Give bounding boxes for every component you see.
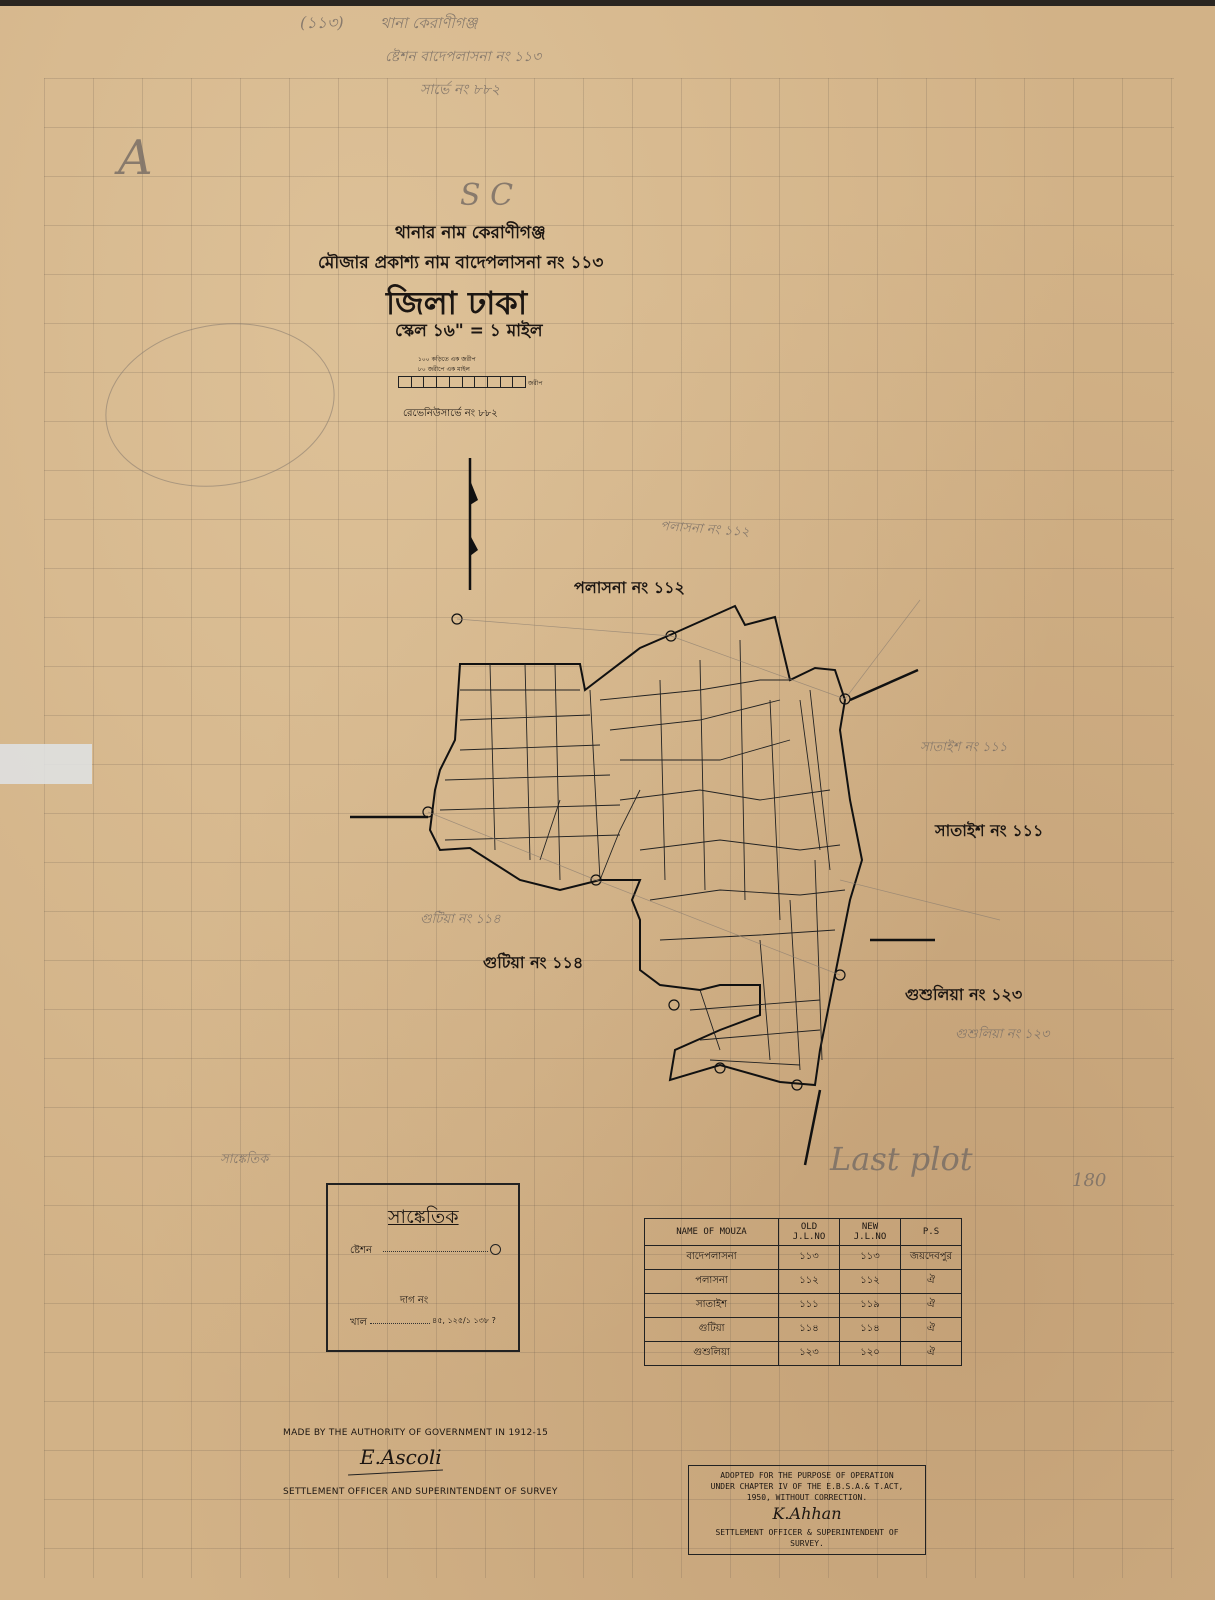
- cell-ps: ঐ: [901, 1342, 962, 1366]
- signature-1: E.Ascoli: [360, 1445, 442, 1469]
- table-header-row: NAME OF MOUZA OLD J.L.NO NEW J.L.NO P.S: [645, 1219, 962, 1246]
- legend-box: সাঙ্কেতিক ষ্টেশন দাগ নং খাল ৪৫, ১২৫/১ ১৩…: [326, 1183, 520, 1352]
- made-by-authority: MADE BY THE AUTHORITY OF GOVERNMENT IN 1…: [283, 1428, 548, 1438]
- settlement-officer-1: SETTLEMENT OFFICER AND SUPERINTENDENT OF…: [283, 1487, 558, 1497]
- cell-name: পলাসনা: [645, 1270, 779, 1294]
- table-row: বাদেপলাসনা ১১৩ ১১৩ জয়দেবপুর: [645, 1246, 962, 1270]
- legend-station-label: ষ্টেশন: [350, 1243, 372, 1260]
- mouza-map-drawing: [0, 0, 1215, 1600]
- table-row: গুশুলিয়া ১২৩ ১২০ ঐ: [645, 1342, 962, 1366]
- adopted-line-2: UNDER CHAPTER IV OF THE E.B.S.A.& T.ACT,: [689, 1482, 925, 1491]
- legend-plot-label: দাগ নং: [400, 1293, 428, 1310]
- signature-2: K.Ahhan: [689, 1504, 925, 1523]
- label-southeast-mouza: গুশুলিয়া নং ১২৩: [905, 982, 1022, 1009]
- north-arrow-icon: [470, 458, 478, 590]
- cell-name: গুটিয়া: [645, 1318, 779, 1342]
- label-north-mouza: পলাসনা নং ১১২: [574, 575, 685, 602]
- cell-old-jl: ১১৩: [779, 1246, 840, 1270]
- header-new-jl: NEW J.L.NO: [840, 1219, 901, 1246]
- cell-name: গুশুলিয়া: [645, 1342, 779, 1366]
- header-old-jl: OLD J.L.NO: [779, 1219, 840, 1246]
- cell-name: সাতাইশ: [645, 1294, 779, 1318]
- legend-khal-label: খাল: [350, 1315, 367, 1332]
- cell-old-jl: ১১২: [779, 1270, 840, 1294]
- cell-new-jl: ১১৩: [840, 1246, 901, 1270]
- table-row: গুটিয়া ১১৪ ১১৪ ঐ: [645, 1318, 962, 1342]
- cell-ps: ঐ: [901, 1318, 962, 1342]
- station-symbol-icon: [490, 1244, 501, 1255]
- label-west-mouza: গুটিয়া নং ১১৪: [483, 950, 583, 977]
- plot-lines: [440, 640, 845, 1070]
- cell-new-jl: ১১৯: [840, 1294, 901, 1318]
- cell-old-jl: ১২৩: [779, 1342, 840, 1366]
- cell-ps: ঐ: [901, 1294, 962, 1318]
- adopted-line-1: ADOPTED FOR THE PURPOSE OF OPERATION: [689, 1471, 925, 1480]
- cell-new-jl: ১২০: [840, 1342, 901, 1366]
- traverse-lines: [428, 600, 1000, 975]
- cell-name: বাদেপলাসনা: [645, 1246, 779, 1270]
- header-ps: P.S: [901, 1219, 962, 1246]
- station-markers: [423, 614, 850, 1090]
- legend-title: সাঙ্কেতিক: [388, 1203, 459, 1235]
- cell-ps: জয়দেবপুর: [901, 1246, 962, 1270]
- table-row: সাতাইশ ১১১ ১১৯ ঐ: [645, 1294, 962, 1318]
- table-row: পলাসনা ১১২ ১১২ ঐ: [645, 1270, 962, 1294]
- cell-ps: ঐ: [901, 1270, 962, 1294]
- cell-old-jl: ১১৪: [779, 1318, 840, 1342]
- settlement-officer-2a: SETTLEMENT OFFICER & SUPERINTENDENT OF: [689, 1528, 925, 1537]
- cell-old-jl: ১১১: [779, 1294, 840, 1318]
- legend-khal-value: ৪৫, ১২৫/১ ১৩৮ ?: [432, 1315, 496, 1328]
- cell-new-jl: ১১২: [840, 1270, 901, 1294]
- mouza-table: NAME OF MOUZA OLD J.L.NO NEW J.L.NO P.S …: [644, 1218, 962, 1366]
- adopted-line-3: 1950, WITHOUT CORRECTION.: [689, 1493, 925, 1502]
- adoption-stamp: ADOPTED FOR THE PURPOSE OF OPERATION UND…: [688, 1465, 926, 1555]
- cell-new-jl: ১১৪: [840, 1318, 901, 1342]
- header-name: NAME OF MOUZA: [645, 1219, 779, 1246]
- settlement-officer-2b: SURVEY.: [689, 1539, 925, 1548]
- label-east-mouza: সাতাইশ নং ১১১: [935, 818, 1043, 845]
